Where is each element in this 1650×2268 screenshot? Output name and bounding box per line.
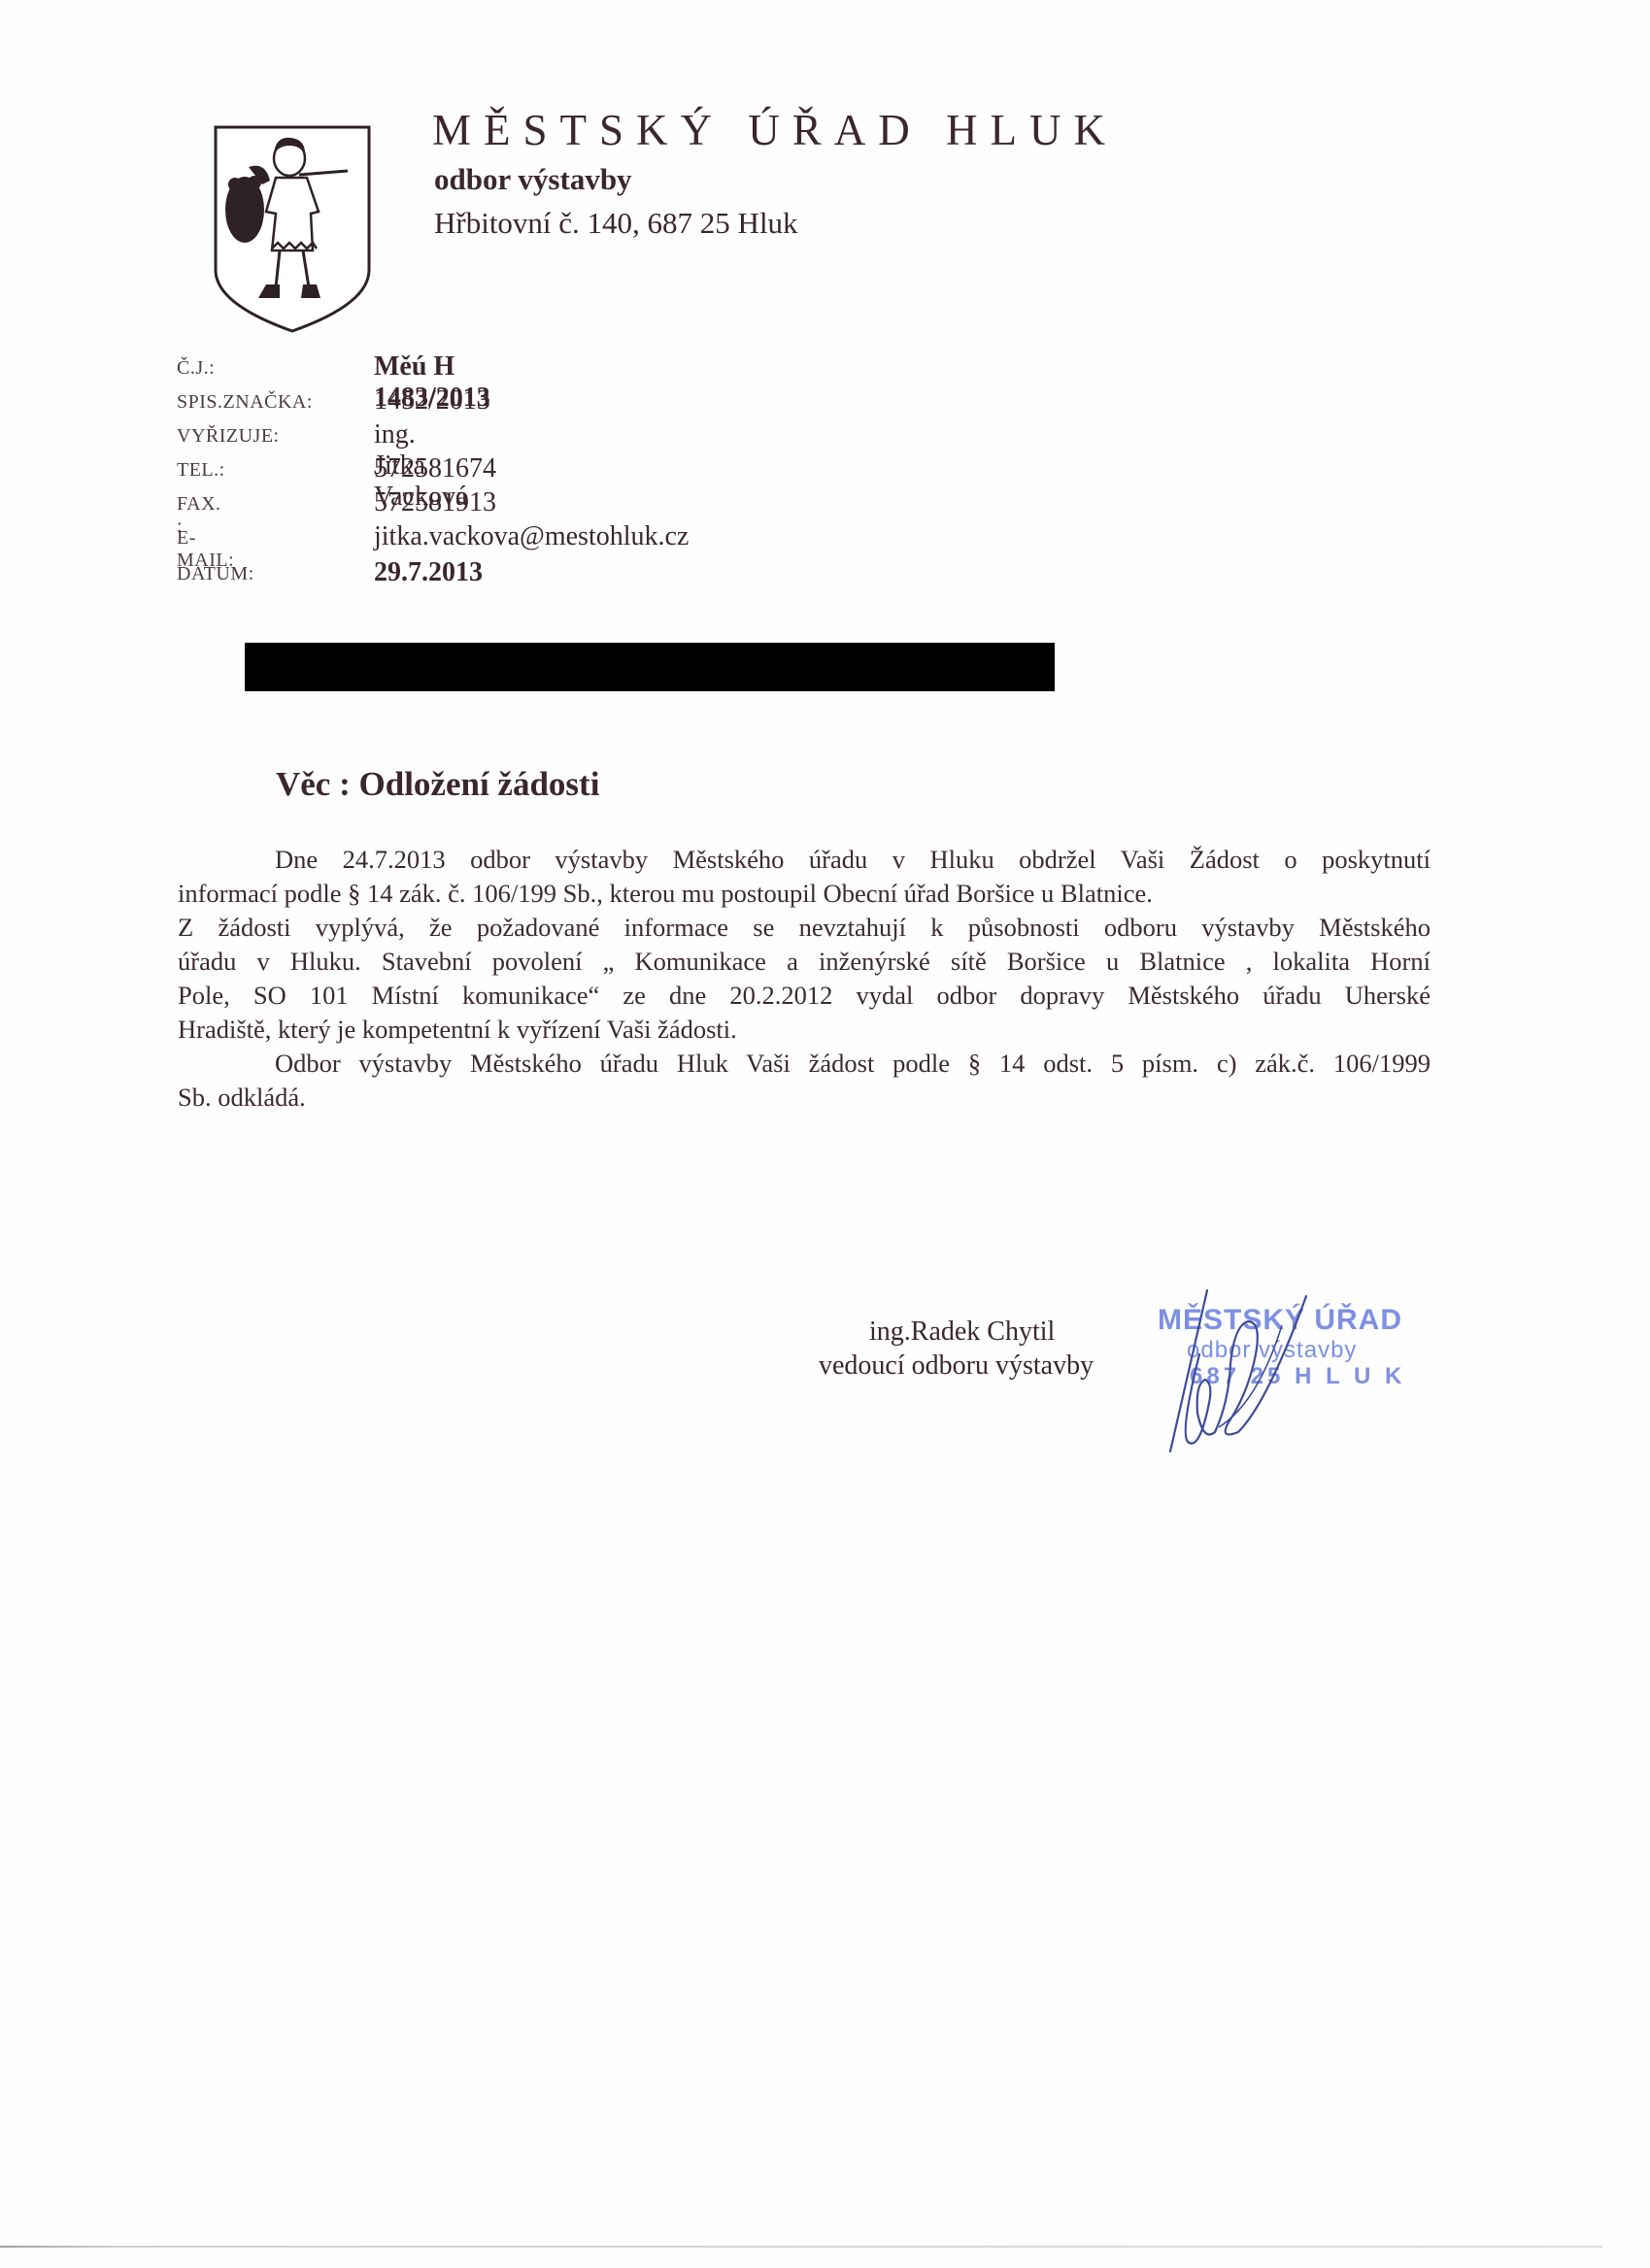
body-line: úřadu v Hluku. Stavební povolení „ Komun… [178,945,1431,979]
letter-subject: Věc : Odložení žádosti [276,765,599,804]
letter-body: Dne 24.7.2013 odbor výstavby Městského ú… [178,843,1431,1115]
meta-value: 1452/2013 [374,385,490,417]
handwritten-signature-icon [1161,1286,1316,1456]
meta-value: 29.7.2013 [374,557,483,588]
body-line: Odbor výstavby Městského úřadu Hluk Vaši… [178,1047,1431,1081]
redacted-recipient [245,643,1055,691]
body-line: Hradiště, který je kompetentní k vyřízen… [178,1013,1431,1047]
meta-label: TEL.: [177,459,225,482]
department-name: odbor výstavby [434,162,632,197]
meta-value: 572581674 [374,453,496,484]
meta-label: DATUM: [177,563,254,585]
office-title: MĚSTSKÝ ÚŘAD HLUK [432,105,1118,155]
meta-label: VYŘIZUJE: [177,425,280,448]
office-address: Hřbitovní č. 140, 687 25 Hluk [434,206,798,241]
signatory-name: ing.Radek Chytil [869,1317,1055,1348]
meta-value: 572581913 [374,487,496,518]
body-line: informací podle § 14 zák. č. 106/199 Sb.… [178,877,1431,911]
body-line: Dne 24.7.2013 odbor výstavby Městského ú… [178,843,1431,877]
scanned-letter-page: MĚSTSKÝ ÚŘAD HLUK odbor výstavby Hřbitov… [0,0,1650,2268]
meta-label: SPIS.ZNAČKA: [177,391,313,414]
body-line: Sb. odkládá. [178,1081,1431,1115]
signatory-role: vedoucí odboru výstavby [819,1351,1094,1382]
body-line: Z žádosti vyplývá, že požadované informa… [178,911,1431,945]
meta-value: jitka.vackova@mestohluk.cz [374,521,689,552]
scan-edge-line [0,2246,1602,2248]
coat-of-arms-icon [212,124,373,334]
meta-label: Č.J.: [177,357,215,380]
body-line: Pole, SO 101 Místní komunikace“ ze dne 2… [178,979,1431,1013]
